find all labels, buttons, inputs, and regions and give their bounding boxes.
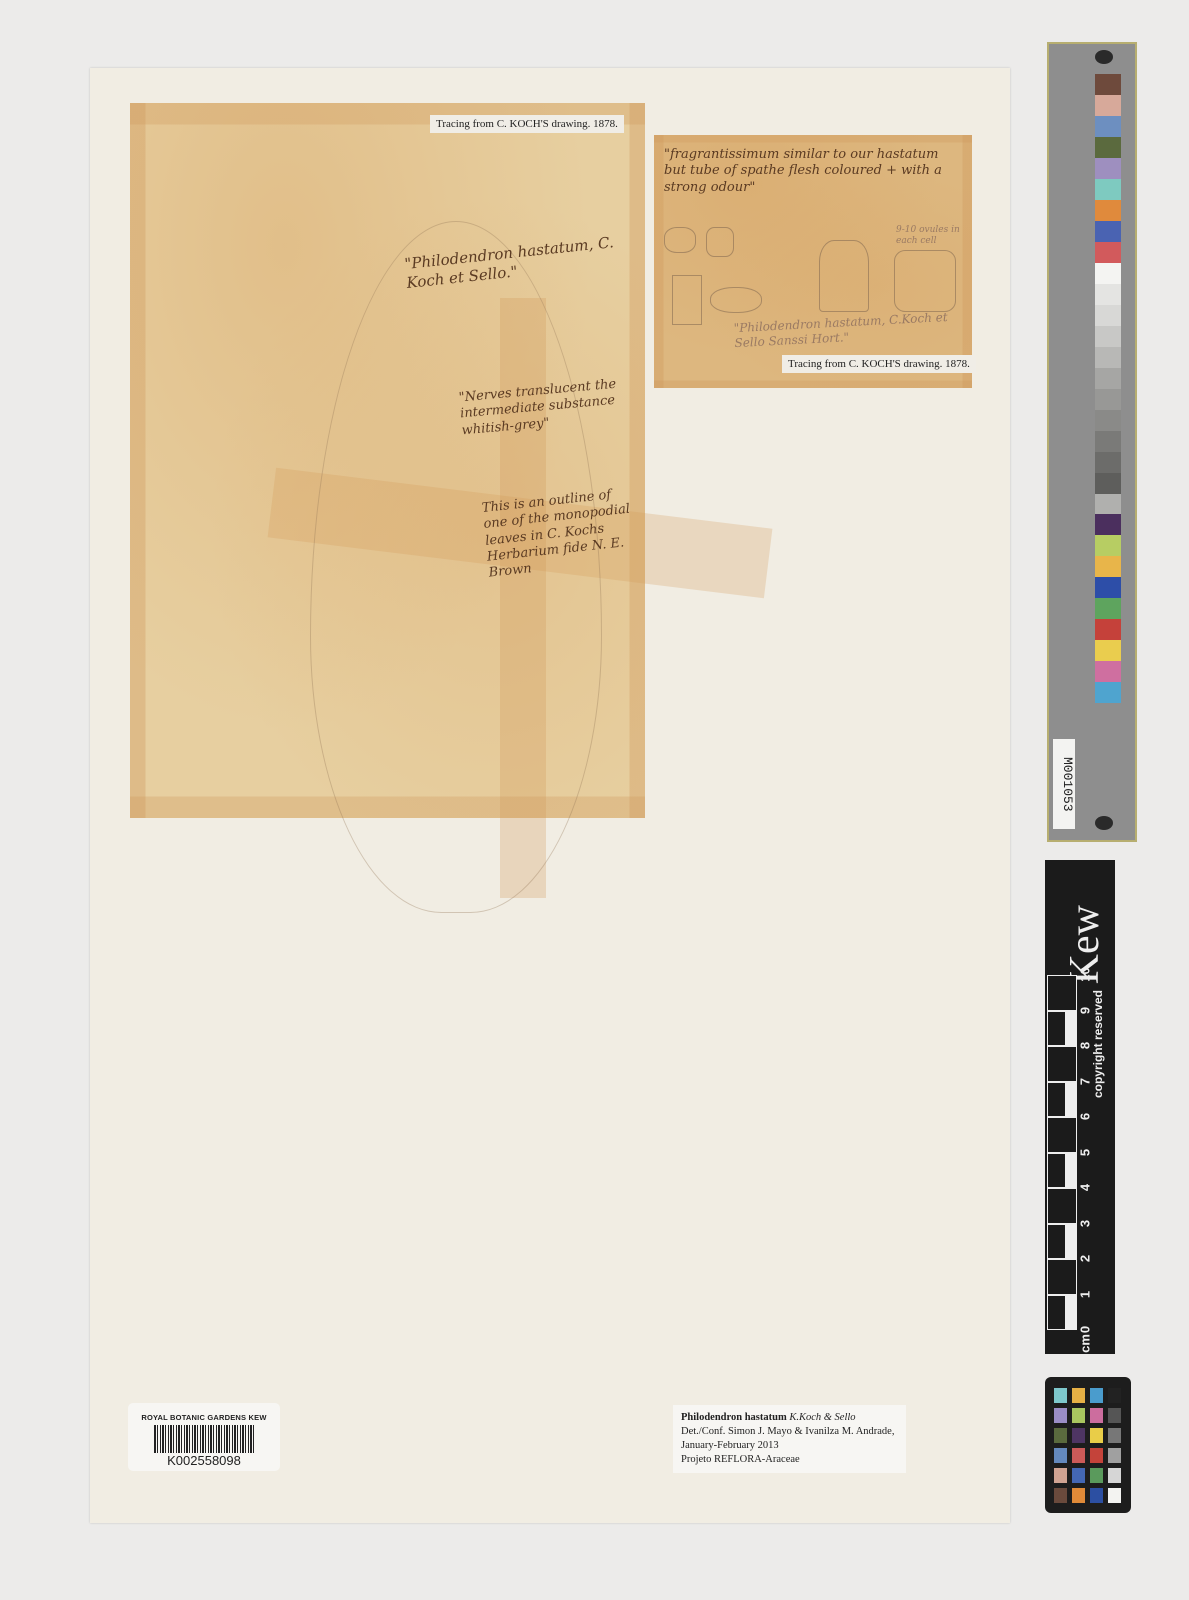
- color-patch: [1095, 368, 1121, 389]
- color-patch: [1095, 242, 1121, 263]
- barcode-icon: [154, 1425, 254, 1453]
- sketch-pollen: [710, 287, 762, 313]
- checker-swatch: [1090, 1388, 1103, 1403]
- checker-swatch: [1054, 1388, 1067, 1403]
- hole-icon: [1095, 816, 1113, 830]
- tracing-printed-label: Tracing from C. KOCH'S drawing. 1878.: [430, 115, 624, 133]
- color-patch: [1095, 389, 1121, 410]
- sketch-cells-1: [664, 227, 696, 253]
- sketch-ovary: [819, 240, 869, 312]
- scale-segment: [1047, 1295, 1077, 1331]
- scale-segment: [1047, 1188, 1077, 1224]
- taxon-authority: K.Koch & Sello: [789, 1412, 855, 1423]
- copyright-text: copyright reserved: [1091, 990, 1105, 1098]
- sketch-cells-2: [706, 227, 734, 257]
- barcode-label: ROYAL BOTANIC GARDENS KEW K002558098: [128, 1403, 280, 1471]
- scale-tick-label: 6: [1078, 1107, 1093, 1127]
- project-name: Projeto REFLORA-Araceae: [681, 1453, 900, 1467]
- color-patch: [1095, 263, 1121, 284]
- scale-tick-label: 9: [1078, 1000, 1093, 1020]
- right-tracing-paper: "fragrantissimum similar to our hastatum…: [654, 135, 972, 388]
- checker-swatch: [1072, 1428, 1085, 1443]
- color-patch: [1095, 158, 1121, 179]
- checker-swatch: [1090, 1448, 1103, 1463]
- color-patch: [1095, 74, 1121, 95]
- taxon-name: Philodendron hastatum: [681, 1412, 787, 1423]
- annotation-fragrantissimum: "fragrantissimum similar to our hastatum…: [664, 147, 954, 196]
- color-calibration-bar: M001053: [1047, 42, 1137, 842]
- scale-tick-label: 8: [1078, 1036, 1093, 1056]
- annotation-ovules: 9-10 ovules in each cell: [896, 225, 971, 248]
- color-patch: [1095, 200, 1121, 221]
- color-patch: [1095, 514, 1121, 535]
- color-patch: [1095, 452, 1121, 473]
- color-patch: [1095, 95, 1121, 116]
- color-patch: [1095, 347, 1121, 368]
- color-patch: [1095, 284, 1121, 305]
- color-patch: [1095, 598, 1121, 619]
- checker-swatch: [1090, 1428, 1103, 1443]
- checker-swatch: [1054, 1428, 1067, 1443]
- tracing-printed-label: Tracing from C. KOCH'S drawing. 1878.: [782, 355, 976, 373]
- checker-swatch: [1090, 1408, 1103, 1423]
- color-patch: [1095, 305, 1121, 326]
- checker-swatch: [1108, 1468, 1121, 1483]
- checker-swatch: [1108, 1388, 1121, 1403]
- scale-segment: [1047, 1224, 1077, 1260]
- color-patch: [1095, 431, 1121, 452]
- scale-segment: [1047, 1117, 1077, 1153]
- colorbar-code: M001053: [1053, 739, 1075, 829]
- scale-segment: [1047, 1153, 1077, 1189]
- checker-swatch: [1108, 1408, 1121, 1423]
- scale-unit: cm: [1078, 1334, 1093, 1354]
- barcode-number: K002558098: [128, 1453, 280, 1468]
- annotation-philodendron-hort: "Philodendron hastatum, C.Koch et Sello …: [733, 309, 969, 351]
- scale-tick-label: 3: [1078, 1213, 1093, 1233]
- color-patch: [1095, 410, 1121, 431]
- scale-segment: [1047, 975, 1077, 1011]
- color-patch: [1095, 577, 1121, 598]
- barcode-title: ROYAL BOTANIC GARDENS KEW: [128, 1413, 280, 1422]
- checker-swatch: [1108, 1488, 1121, 1503]
- scale-tick-label: 5: [1078, 1142, 1093, 1162]
- determination-label: Philodendron hastatum K.Koch & Sello Det…: [673, 1405, 906, 1473]
- scale-tick-label: 1: [1078, 1284, 1093, 1304]
- color-checker-card: [1045, 1377, 1131, 1513]
- sketch-flower-section: [894, 250, 956, 312]
- scale-segment: [1047, 1259, 1077, 1295]
- left-tracing-paper: Tracing from C. KOCH'S drawing. 1878. "P…: [130, 103, 645, 818]
- color-patch: [1095, 326, 1121, 347]
- checker-swatch: [1072, 1388, 1085, 1403]
- determiners: Det./Conf. Simon J. Mayo & Ivanilza M. A…: [681, 1425, 900, 1439]
- color-patch: [1095, 221, 1121, 242]
- color-patch: [1095, 640, 1121, 661]
- checker-swatch: [1090, 1488, 1103, 1503]
- checker-swatch: [1054, 1468, 1067, 1483]
- checker-swatch: [1108, 1448, 1121, 1463]
- checker-swatch: [1054, 1488, 1067, 1503]
- annotation-outline-note: This is an outline of one of the monopod…: [481, 485, 639, 581]
- scale-tick-label: 7: [1078, 1071, 1093, 1091]
- checker-swatch: [1072, 1488, 1085, 1503]
- scale-segment: [1047, 1082, 1077, 1118]
- kew-scale-bar: Kew copyright reserved 012345678910cm: [1045, 860, 1115, 1354]
- checker-swatch: [1072, 1448, 1085, 1463]
- color-patch: [1095, 619, 1121, 640]
- color-patch: [1095, 661, 1121, 682]
- checker-swatch: [1054, 1448, 1067, 1463]
- color-patch: [1095, 116, 1121, 137]
- color-patch: [1095, 535, 1121, 556]
- determination-date: January-February 2013: [681, 1439, 900, 1453]
- checker-swatch: [1108, 1428, 1121, 1443]
- color-patch: [1095, 473, 1121, 494]
- sketch-stamen: [672, 275, 702, 325]
- checker-swatch: [1072, 1468, 1085, 1483]
- color-patch: [1095, 682, 1121, 703]
- hole-icon: [1095, 50, 1113, 64]
- checker-swatch: [1072, 1408, 1085, 1423]
- color-patch: [1095, 556, 1121, 577]
- checker-swatch: [1090, 1468, 1103, 1483]
- scale-segment: [1047, 1011, 1077, 1047]
- color-patch: [1095, 179, 1121, 200]
- scale-tick-label: 4: [1078, 1178, 1093, 1198]
- scale-segment: [1047, 1046, 1077, 1082]
- color-patch: [1095, 494, 1121, 515]
- color-patch: [1095, 137, 1121, 158]
- scale-tick-label: 10: [1078, 965, 1093, 985]
- scale-tick-label: 2: [1078, 1249, 1093, 1269]
- checker-swatch: [1054, 1408, 1067, 1423]
